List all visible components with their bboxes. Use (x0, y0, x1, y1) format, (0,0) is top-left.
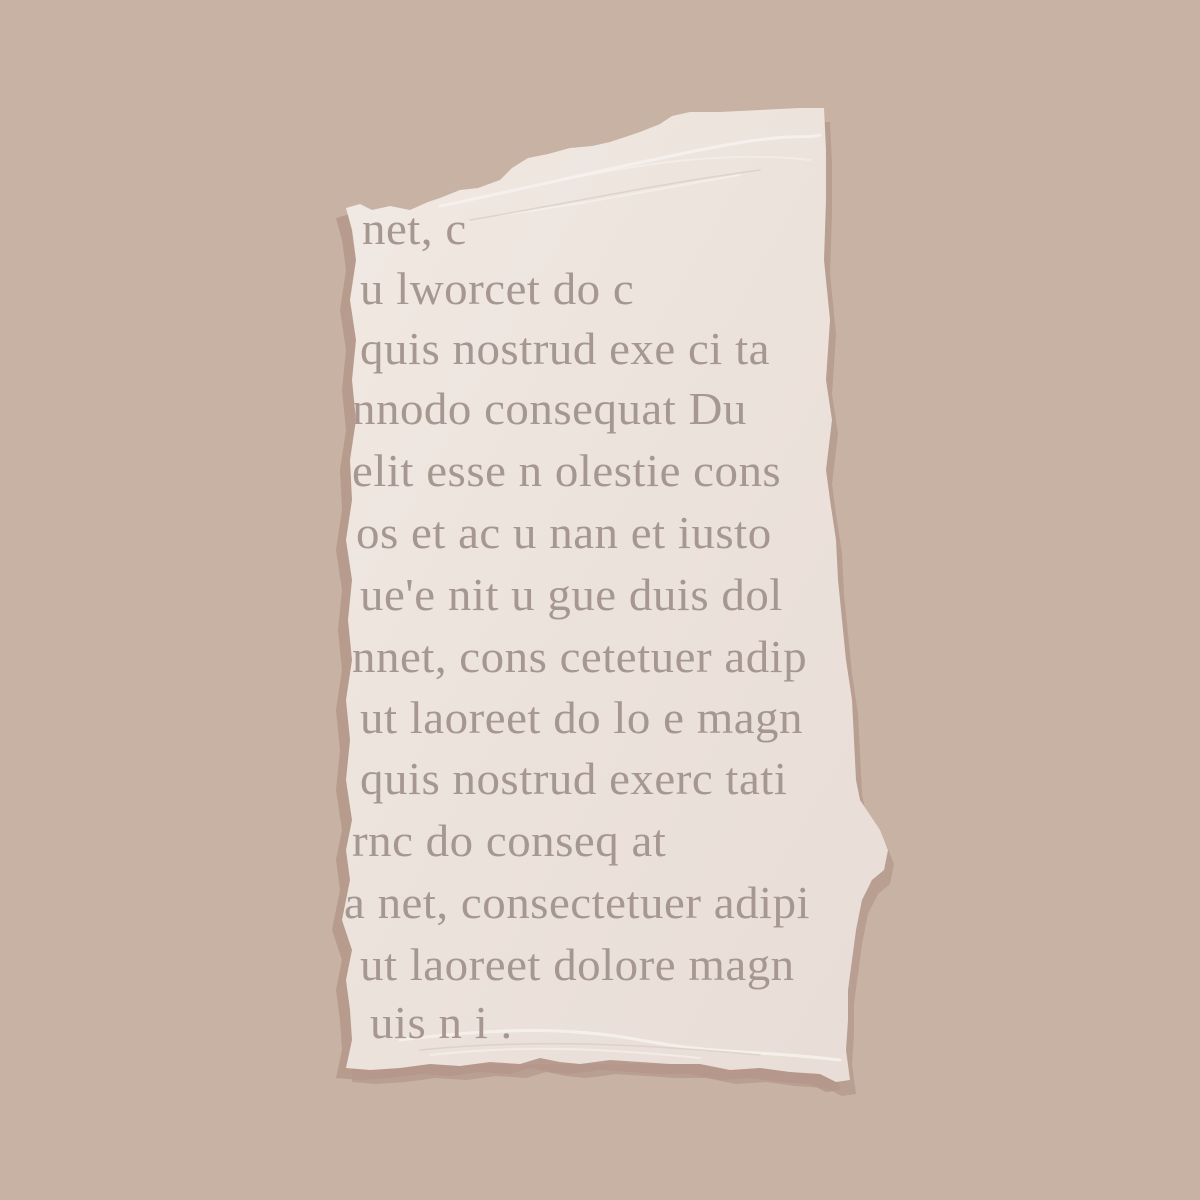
torn-paper-scene: net, c u lworcet do c quis nostrud exe c… (0, 0, 1200, 1200)
text-line: net, c (362, 206, 467, 252)
text-line: nnodo consequat Du (352, 386, 747, 432)
text-line: u lworcet do c (360, 266, 634, 312)
text-line: os et ac u nan et iusto (356, 510, 772, 556)
text-line: quis nostrud exe ci ta (360, 326, 770, 372)
text-line: ue'e nit u gue duis dol (360, 572, 783, 618)
text-line: rnc do conseq at (352, 818, 666, 864)
text-line: uis n i . (370, 1000, 513, 1046)
text-line: quis nostrud exerc tati (360, 756, 787, 802)
text-line: a net, consectetuer adipi (344, 880, 810, 926)
text-line: ut laoreet do lo e magn (360, 695, 803, 741)
text-line: ut laoreet dolore magn (360, 942, 795, 988)
text-line: elit esse n olestie cons (352, 448, 781, 494)
text-line: nnet, cons cetetuer adip (352, 634, 807, 680)
